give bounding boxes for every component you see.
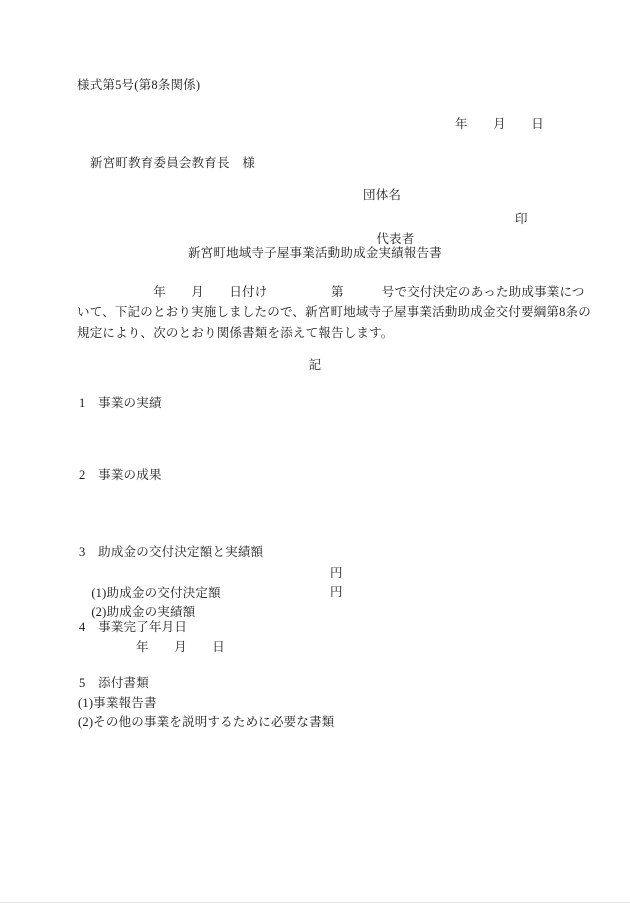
section-5-item-1: (1)事業報告書	[78, 693, 157, 713]
body-line-2: いて、下記のとおり実施しましたので、新宮町地域寺子屋事業活動助成金交付要綱第8条…	[77, 302, 591, 322]
section-5-item-2: (2)その他の事業を説明するために必要な書類	[78, 712, 334, 732]
grant-decided-amount-unit: 円	[330, 563, 343, 583]
record-marker: 記	[0, 355, 630, 375]
section-2-heading: 2 事業の成果	[79, 465, 162, 485]
section-1-heading: 1 事業の実績	[79, 393, 162, 413]
body-line-1: 年 月 日付け 第 号で交付決定のあった助成事業につ	[77, 282, 585, 302]
form-number: 様式第5号(第8条関係)	[77, 75, 200, 95]
document-page: 様式第5号(第8条関係) 年 月 日 新宮町教育委員会教育長 様 団体名 代表者…	[0, 0, 630, 903]
section-4-heading: 4 事業完了年月日	[79, 617, 187, 637]
grant-actual-amount-unit: 円	[330, 582, 343, 602]
section-3-heading: 3 助成金の交付決定額と実績額	[79, 542, 263, 562]
addressee: 新宮町教育委員会教育長 様	[90, 153, 255, 173]
header-date-line: 年 月 日	[455, 114, 544, 134]
seal-label: 印	[515, 209, 528, 229]
document-title: 新宮町地域寺子屋事業活動助成金実績報告書	[0, 243, 630, 263]
section-4-date-line: 年 月 日	[136, 637, 225, 657]
section-5-heading: 5 添付書類	[79, 673, 149, 693]
body-line-3: 規定により、次のとおり関係書類を添えて報告します。	[77, 323, 394, 343]
org-name-label: 団体名	[363, 185, 401, 205]
